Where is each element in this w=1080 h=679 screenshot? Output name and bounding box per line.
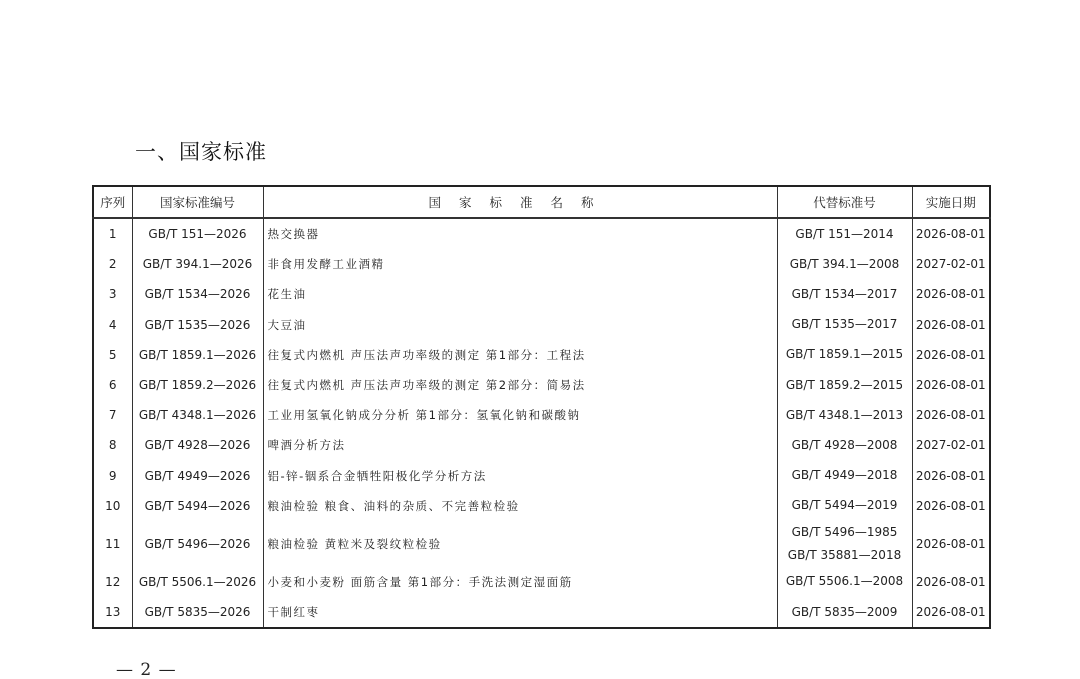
- cell-code: GB/T 5835—2026: [132, 597, 263, 628]
- replaced-standard: GB/T 1535—2017: [778, 313, 912, 336]
- cell-code: GB/T 4928—2026: [132, 430, 263, 460]
- cell-replaces: GB/T 151—2014: [777, 218, 912, 249]
- cell-code: GB/T 5496—2026: [132, 521, 263, 567]
- cell-date: 2027-02-01: [912, 249, 990, 279]
- cell-replaces: GB/T 4348.1—2013: [777, 400, 912, 430]
- table-row: 4GB/T 1535—2026大豆油GB/T 1535—20172026-08-…: [93, 310, 990, 340]
- replaced-standard: GB/T 5835—2009: [778, 601, 912, 624]
- replaced-standard: GB/T 5496—1985: [778, 521, 912, 544]
- cell-date: 2026-08-01: [912, 400, 990, 430]
- cell-code: GB/T 1534—2026: [132, 279, 263, 309]
- header-date: 实施日期: [912, 186, 990, 218]
- cell-replaces: GB/T 5496—1985GB/T 35881—2018: [777, 521, 912, 567]
- cell-name: 花生油: [263, 279, 777, 309]
- cell-replaces: GB/T 1534—2017: [777, 279, 912, 309]
- cell-name: 小麦和小麦粉 面筋含量 第1部分：手洗法测定湿面筋: [263, 567, 777, 597]
- cell-seq: 11: [93, 521, 132, 567]
- cell-seq: 8: [93, 430, 132, 460]
- cell-date: 2026-08-01: [912, 491, 990, 521]
- replaced-standard: GB/T 5494—2019: [778, 494, 912, 517]
- cell-date: 2026-08-01: [912, 521, 990, 567]
- cell-seq: 13: [93, 597, 132, 628]
- replaced-standard: GB/T 1534—2017: [778, 283, 912, 306]
- table-row: 11GB/T 5496—2026粮油检验 黄粒米及裂纹粒检验GB/T 5496—…: [93, 521, 990, 567]
- cell-seq: 10: [93, 491, 132, 521]
- table-row: 12GB/T 5506.1—2026小麦和小麦粉 面筋含量 第1部分：手洗法测定…: [93, 567, 990, 597]
- cell-seq: 4: [93, 310, 132, 340]
- cell-replaces: GB/T 394.1—2008: [777, 249, 912, 279]
- cell-name: 干制红枣: [263, 597, 777, 628]
- replaced-standard: GB/T 35881—2018: [778, 544, 912, 567]
- cell-code: GB/T 1535—2026: [132, 310, 263, 340]
- cell-code: GB/T 394.1—2026: [132, 249, 263, 279]
- page-number: — 2 —: [116, 660, 177, 679]
- cell-replaces: GB/T 5494—2019: [777, 491, 912, 521]
- cell-code: GB/T 4348.1—2026: [132, 400, 263, 430]
- cell-code: GB/T 1859.1—2026: [132, 340, 263, 370]
- cell-replaces: GB/T 5506.1—2008: [777, 567, 912, 597]
- cell-name: 往复式内燃机 声压法声功率级的测定 第2部分：简易法: [263, 370, 777, 400]
- cell-date: 2026-08-01: [912, 279, 990, 309]
- cell-code: GB/T 151—2026: [132, 218, 263, 249]
- replaced-standard: GB/T 4949—2018: [778, 464, 912, 487]
- cell-date: 2027-02-01: [912, 430, 990, 460]
- table-row: 3GB/T 1534—2026花生油GB/T 1534—20172026-08-…: [93, 279, 990, 309]
- cell-seq: 6: [93, 370, 132, 400]
- cell-name: 往复式内燃机 声压法声功率级的测定 第1部分：工程法: [263, 340, 777, 370]
- replaced-standard: GB/T 1859.2—2015: [778, 374, 912, 397]
- table-row: 7GB/T 4348.1—2026工业用氢氧化钠成分分析 第1部分：氢氧化钠和碳…: [93, 400, 990, 430]
- cell-replaces: GB/T 5835—2009: [777, 597, 912, 628]
- cell-replaces: GB/T 1859.2—2015: [777, 370, 912, 400]
- national-standards-table: 序列 国家标准编号 国家标准名称 代替标准号 实施日期 1GB/T 151—20…: [92, 185, 991, 629]
- cell-code: GB/T 5506.1—2026: [132, 567, 263, 597]
- cell-date: 2026-08-01: [912, 597, 990, 628]
- cell-replaces: GB/T 4949—2018: [777, 461, 912, 491]
- cell-name: 粮油检验 粮食、油料的杂质、不完善粒检验: [263, 491, 777, 521]
- table-row: 13GB/T 5835—2026干制红枣GB/T 5835—20092026-0…: [93, 597, 990, 628]
- replaced-standard: GB/T 4348.1—2013: [778, 404, 912, 427]
- cell-name: 热交换器: [263, 218, 777, 249]
- cell-date: 2026-08-01: [912, 461, 990, 491]
- cell-replaces: GB/T 4928—2008: [777, 430, 912, 460]
- cell-name: 啤酒分析方法: [263, 430, 777, 460]
- cell-date: 2026-08-01: [912, 310, 990, 340]
- cell-seq: 12: [93, 567, 132, 597]
- header-code: 国家标准编号: [132, 186, 263, 218]
- cell-replaces: GB/T 1535—2017: [777, 310, 912, 340]
- replaced-standard: GB/T 5506.1—2008: [778, 570, 912, 593]
- table-row: 6GB/T 1859.2—2026往复式内燃机 声压法声功率级的测定 第2部分：…: [93, 370, 990, 400]
- cell-seq: 7: [93, 400, 132, 430]
- cell-name: 粮油检验 黄粒米及裂纹粒检验: [263, 521, 777, 567]
- table-header-row: 序列 国家标准编号 国家标准名称 代替标准号 实施日期: [93, 186, 990, 218]
- table-row: 8GB/T 4928—2026啤酒分析方法GB/T 4928—20082027-…: [93, 430, 990, 460]
- cell-name: 工业用氢氧化钠成分分析 第1部分：氢氧化钠和碳酸钠: [263, 400, 777, 430]
- header-name: 国家标准名称: [263, 186, 777, 218]
- cell-replaces: GB/T 1859.1—2015: [777, 340, 912, 370]
- replaced-standard: GB/T 1859.1—2015: [778, 343, 912, 366]
- section-title: 一、国家标准: [135, 136, 267, 166]
- header-seq: 序列: [93, 186, 132, 218]
- table-row: 1GB/T 151—2026热交换器GB/T 151—20142026-08-0…: [93, 218, 990, 249]
- cell-seq: 3: [93, 279, 132, 309]
- table-row: 9GB/T 4949—2026铝-锌-铟系合金牺牲阳极化学分析方法GB/T 49…: [93, 461, 990, 491]
- cell-name: 大豆油: [263, 310, 777, 340]
- replaced-standard: GB/T 394.1—2008: [778, 253, 912, 276]
- cell-name: 非食用发酵工业酒精: [263, 249, 777, 279]
- replaced-standard: GB/T 4928—2008: [778, 434, 912, 457]
- cell-code: GB/T 5494—2026: [132, 491, 263, 521]
- table-row: 10GB/T 5494—2026粮油检验 粮食、油料的杂质、不完善粒检验GB/T…: [93, 491, 990, 521]
- header-replaces: 代替标准号: [777, 186, 912, 218]
- cell-seq: 1: [93, 218, 132, 249]
- cell-date: 2026-08-01: [912, 567, 990, 597]
- cell-seq: 2: [93, 249, 132, 279]
- table-row: 2GB/T 394.1—2026非食用发酵工业酒精GB/T 394.1—2008…: [93, 249, 990, 279]
- cell-date: 2026-08-01: [912, 370, 990, 400]
- table-row: 5GB/T 1859.1—2026往复式内燃机 声压法声功率级的测定 第1部分：…: [93, 340, 990, 370]
- cell-code: GB/T 4949—2026: [132, 461, 263, 491]
- cell-seq: 9: [93, 461, 132, 491]
- cell-seq: 5: [93, 340, 132, 370]
- cell-date: 2026-08-01: [912, 340, 990, 370]
- cell-date: 2026-08-01: [912, 218, 990, 249]
- cell-code: GB/T 1859.2—2026: [132, 370, 263, 400]
- replaced-standard: GB/T 151—2014: [778, 223, 912, 246]
- cell-name: 铝-锌-铟系合金牺牲阳极化学分析方法: [263, 461, 777, 491]
